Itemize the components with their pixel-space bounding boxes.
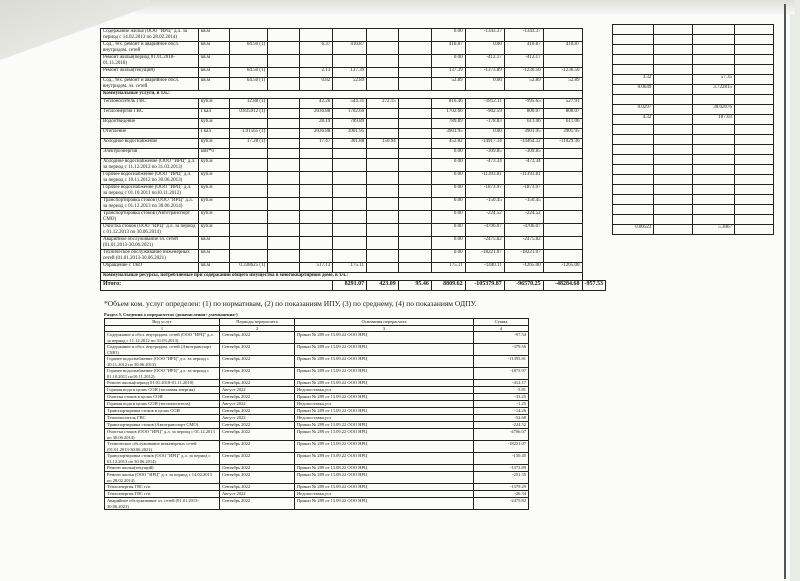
side-cell: [654, 205, 693, 215]
cell-name: Отопление: [101, 129, 199, 139]
cell-c11: -2475.82: [504, 237, 543, 250]
cell-c12: [543, 55, 582, 68]
side-cell: [654, 65, 693, 75]
table-row: Аварийное обслуживание эл. сетей (01.01.…: [101, 237, 606, 250]
cell-c4: [268, 250, 300, 263]
side-cell: [693, 25, 735, 35]
recalc-period: Сентябрь 2022: [220, 453, 295, 465]
cell-c9: 0.00: [431, 159, 465, 172]
side-cell: [613, 125, 654, 135]
total-c11: -96570.25: [504, 281, 543, 291]
cell-c8: [398, 99, 431, 109]
cell-name: Теплоэнергия ГВС: [101, 109, 199, 119]
cell-c12: 800.07: [543, 109, 582, 119]
cell-c4: [268, 159, 300, 172]
side-cell: [613, 195, 654, 205]
cell-c11: -150.45: [504, 198, 543, 211]
scanned-page: Содержание жилья (ООО "ИРЦ" д.л. за пери…: [0, 0, 790, 581]
cell-c12: -11029.36: [543, 139, 582, 149]
recalc-period: Август 2022: [220, 387, 295, 394]
side-cell: [613, 35, 654, 45]
cell-c4: [268, 29, 300, 42]
side-cell: 3.722815: [693, 85, 735, 95]
cell-c9: 0.00: [431, 172, 465, 185]
side-row: 0.06493.722815: [613, 85, 774, 95]
cell-name: Водоотведение: [101, 119, 199, 129]
cell-name: Очистка стоков (ООО "ИРЦ" д.л. за период…: [101, 224, 199, 237]
table-row: Транспортировка стоков (Автотранспорт СМ…: [101, 211, 606, 224]
table-row: Очистка стоков (ООО "ИРЦ" д.л. за период…: [101, 224, 606, 237]
cell-c6: [333, 159, 367, 172]
cell-c3: [230, 55, 268, 68]
cell-c6: [333, 55, 367, 68]
side-cell: 187.03: [693, 115, 735, 125]
recalc-sum: -412.17: [474, 380, 529, 387]
cell-c12: -1236.50: [543, 68, 582, 78]
cell-c10: -309.85: [465, 149, 504, 159]
cell-unit: куб.м: [198, 139, 229, 149]
total-c13: -957.53: [582, 281, 606, 291]
recalc-service: Горячее водоснабжение (ООО "ИРЦ" д.л. за…: [105, 356, 220, 368]
cell-c5: [299, 211, 332, 224]
cell-c5: 42.26: [299, 99, 332, 109]
cell-c6: 301.88: [333, 139, 367, 149]
recalc-period: Сентябрь 2022: [220, 429, 295, 441]
cell-c12: [543, 149, 582, 159]
section-common-row: Коммунальные ресурсы, потребляемые при с…: [101, 273, 606, 281]
side-cell: [693, 195, 735, 205]
side-row: [613, 45, 774, 55]
cell-c8: [398, 139, 431, 149]
recalc-row: Теплоэнергия ГВС п/пАвгуст 2022Недопоста…: [105, 491, 529, 498]
cell-c9: 410.87: [431, 42, 465, 55]
recalc-basis: Приказ № 289 от 13.09.22 ООО НРЦ: [295, 380, 474, 387]
side-cell: [654, 115, 693, 125]
cell-name: Сод., тех. ремонт и аварийное обсл. внут…: [101, 42, 199, 55]
table-row: Холодное водоснабжение (ООО "ИРЦ" д.л. з…: [101, 159, 606, 172]
cell-c4: [268, 139, 300, 149]
cell-c3: [230, 198, 268, 211]
cell-c3: [230, 119, 268, 129]
side-cell: [693, 55, 735, 65]
cell-c11: -11393.81: [504, 172, 543, 185]
cell-c12: [543, 250, 582, 263]
cell-c7: [367, 29, 399, 42]
table-row: ЭлектроэнергиякВт*ч0.00-309.85-309.85: [101, 149, 606, 159]
cell-c5: 0.82: [299, 78, 332, 91]
cell-c3: 12.88 (1): [230, 99, 268, 109]
side-cell: [613, 165, 654, 175]
volume-footnote: *Объем ком. услуг определен: (1) по норм…: [104, 299, 476, 308]
side-cell: [654, 175, 693, 185]
cell-c6: [333, 29, 367, 42]
recalc-row: Транспортировка стоков в целях СОИСентяб…: [105, 408, 529, 415]
recalc-period: Сентябрь 2022: [220, 380, 295, 387]
cell-c7: [367, 224, 399, 237]
recalc-basis: Недопоставка,усл: [295, 491, 474, 498]
cell-c6: 175.11: [333, 263, 367, 273]
table-row: Горячее водоснабжение (ООО "ИРЦ" д.л. за…: [101, 185, 606, 198]
recalc-period: Сентябрь 2022: [220, 408, 295, 415]
side-cell: [693, 135, 735, 145]
side-cell: [693, 45, 735, 55]
recalc-basis: Приказ № 289 от 13.09.22 ООО НРЦ: [295, 344, 474, 356]
cell-c6: 1702.66: [333, 109, 367, 119]
side-cell: [735, 145, 774, 155]
side-cell: [735, 165, 774, 175]
cell-c7: [367, 211, 399, 224]
side-cell: [613, 205, 654, 215]
side-cell: [693, 125, 735, 135]
side-cell: [693, 175, 735, 185]
recalc-period: Сентябрь 2022: [220, 472, 295, 484]
cell-name: Ремонт жилья(текущий): [101, 68, 199, 78]
cell-c5: [299, 224, 332, 237]
total-c7: 423.09: [367, 281, 399, 291]
cell-c3: [230, 29, 268, 42]
side-row: [613, 65, 774, 75]
cell-c12: 611.06: [543, 119, 582, 129]
total-c12: -48284.68: [543, 281, 582, 291]
side-cell: [654, 185, 693, 195]
cell-c7: [367, 237, 399, 250]
cell-c9: 0.00: [431, 224, 465, 237]
cell-c8: [398, 198, 431, 211]
cell-c9: 0.00: [431, 55, 465, 68]
side-cell: [735, 75, 774, 85]
cell-c5: [299, 159, 332, 172]
side-cell: [735, 135, 774, 145]
side-cell: 0.0297: [613, 105, 654, 115]
cell-unit: куб.м: [198, 211, 229, 224]
side-cell: [693, 95, 735, 105]
side-cell: [654, 85, 693, 95]
cell-unit: куб.м: [198, 224, 229, 237]
cell-c5: [299, 29, 332, 42]
cell-unit: куб.м: [198, 198, 229, 211]
side-cell: [613, 45, 654, 55]
recalc-row: Содержание и обсл. внутридом. сетей (Авт…: [105, 344, 529, 356]
cell-c11: -412.17: [504, 55, 543, 68]
cell-c12: [543, 211, 582, 224]
recalc-service: Транспортировка стоков (ООО "ИРЦ" д.л. з…: [105, 453, 220, 465]
recalc-basis: Недопоставка,усл: [295, 415, 474, 422]
cell-name: Сод., тех. ремонт и аварийное обсл. внут…: [101, 78, 199, 91]
cell-c4: [268, 119, 300, 129]
cell-c10: -1373.89: [465, 68, 504, 78]
recalc-basis: Приказ № 289 от 13.08.22 ООО НРЦ: [295, 472, 474, 484]
recalc-sum: -379.56: [474, 344, 529, 356]
cell-c8: [398, 68, 431, 78]
side-cell: [654, 215, 693, 225]
cell-c3: 64.50 (1): [230, 68, 268, 78]
side-cell: [735, 65, 774, 75]
recalc-basis: Недопоставка,усл: [295, 401, 474, 408]
cell-c8: [398, 119, 431, 129]
cell-c6: [333, 149, 367, 159]
cell-c7: [367, 78, 399, 91]
table-row: Ремонт жилья(текущий)кв.м64.50 (1)2.1313…: [101, 68, 606, 78]
side-cell: 0.0649: [613, 85, 654, 95]
cell-c6: [333, 185, 367, 198]
cell-c7: [367, 159, 399, 172]
cell-c8: [398, 42, 431, 55]
cell-c9: 1702.66: [431, 109, 465, 119]
cell-c3: 0.835912 (1): [230, 109, 268, 119]
cell-c3: 17.28 (1): [230, 139, 268, 149]
recalc-service: Ремонт жилья(период 01.01.2018-01.11.201…: [105, 380, 220, 387]
cell-c11: -4706.07: [504, 224, 543, 237]
cell-unit: куб.м: [198, 119, 229, 129]
cell-c5: [299, 198, 332, 211]
cell-name: Электроэнергия: [101, 149, 199, 159]
cell-name: Техническое обслуживание инженерных сете…: [101, 250, 199, 263]
cell-c10: -1440.11: [465, 263, 504, 273]
recalc-service: Горячая вода в целях СОИ (теплоноситель): [105, 401, 220, 408]
table-row: Холодное водоснабжениекуб.м17.28 (1)17.4…: [101, 139, 606, 149]
cell-c7: [367, 68, 399, 78]
cell-unit: куб.м: [198, 172, 229, 185]
recalc-sum: -4706.07: [474, 429, 529, 441]
recalc-service: Теплоэнергия ГВС п/п: [105, 491, 220, 498]
cell-c9: 816.46: [431, 99, 465, 109]
cell-c8: [398, 211, 431, 224]
recalc-basis: Приказ № 289 от 13.09.22 ООО НРЦ: [295, 408, 474, 415]
cell-c10: -412.17: [465, 55, 504, 68]
cell-c4: [268, 198, 300, 211]
cell-c5: 2036.88: [299, 129, 332, 139]
cell-c7: 272.15: [367, 99, 399, 109]
cell-c4: [268, 78, 300, 91]
cell-c6: [333, 250, 367, 263]
cell-c8: [398, 29, 431, 42]
cell-c7: [367, 119, 399, 129]
table-row: Ремонт жилья(период 01.01.2018-01.11.201…: [101, 55, 606, 68]
cell-c10: -902.59: [465, 109, 504, 119]
recalc-service: Очистка стоков (ООО "ИРЦ" д.л. за период…: [105, 429, 220, 441]
cell-c12: 3901.95: [543, 129, 582, 139]
cell-c7: [367, 198, 399, 211]
table-row: Водоотведениекуб.м28.19789.89789.89-178.…: [101, 119, 606, 129]
side-cell: [693, 155, 735, 165]
side-cell: [654, 95, 693, 105]
recalc-row: Теплоэнергия ГВС п/пСентябрь 2022Приказ …: [105, 484, 529, 491]
side-cell: [613, 145, 654, 155]
cell-c9: 0.00: [431, 237, 465, 250]
cell-c5: [299, 55, 332, 68]
recalc-basis: Приказ № 289 от 13.09.22 ООО НРЦ: [295, 394, 474, 401]
side-cell: [654, 155, 693, 165]
side-cell: [654, 225, 693, 235]
recalc-period: Август 2022: [220, 415, 295, 422]
cell-c12: [543, 185, 582, 198]
recalc-row: Аварийное обслуживание эл. сетей (01.01.…: [105, 498, 529, 510]
cell-c12: [543, 198, 582, 211]
cell-c4: [268, 185, 300, 198]
cell-name: Горячее водоснабжение (ООО "ИРЦ" д.л. за…: [101, 185, 199, 198]
side-row: [613, 35, 774, 45]
recalc-service: Теплоэнергия ГВС п/п: [105, 484, 220, 491]
cell-c5: 6.37: [299, 42, 332, 55]
recalc-row: Транспортировка стоков (Автотранспорт СМ…: [105, 422, 529, 429]
cell-c10: -18221.07: [465, 250, 504, 263]
recalc-sum: -1873.97: [474, 368, 529, 380]
cell-c11: -1873.97: [504, 185, 543, 198]
cell-c11: -1236.50: [504, 68, 543, 78]
recalc-service: Ремонт жилья(текущий): [105, 465, 220, 472]
side-cell: 57.35: [693, 75, 735, 85]
cell-c6: [333, 198, 367, 211]
recalc-sum: -150.45: [474, 453, 529, 465]
cell-c3: [230, 172, 268, 185]
total-c6: 8291.07: [333, 281, 367, 291]
side-cell: [735, 185, 774, 195]
cell-c12: 527.91: [543, 99, 582, 109]
cell-name: Содержание жилья (ООО "ИРЦ" д.л. за пери…: [101, 29, 199, 42]
cell-c6: [333, 172, 367, 185]
side-cell: [693, 65, 735, 75]
recalc-row: Ремонт жилья(период 01.01.2018-01.11.201…: [105, 380, 529, 387]
volumes-table: 3.3257.350.06493.7228150.029730.020764.3…: [612, 24, 774, 235]
side-cell: [613, 175, 654, 185]
cell-c3: [230, 159, 268, 172]
recalc-row: Ремонт жилья (ООО "ИРЦ" д.л. за период с…: [105, 472, 529, 484]
cell-c6: [333, 224, 367, 237]
side-cell: [654, 75, 693, 85]
cell-c5: 17.47: [299, 139, 332, 149]
side-cell: [735, 225, 774, 235]
side-cell: [735, 45, 774, 55]
recalc-sum: -1379.29: [474, 484, 529, 491]
cell-c3: [230, 250, 268, 263]
side-row: [613, 125, 774, 135]
cell-unit: кв.м: [198, 29, 229, 42]
cell-c4: [268, 42, 300, 55]
side-cell: [735, 115, 774, 125]
cell-c3: [230, 224, 268, 237]
side-cell: [693, 35, 735, 45]
cell-c4: [268, 68, 300, 78]
recalc-period: Сентябрь 2022: [220, 368, 295, 380]
cell-c4: [268, 129, 300, 139]
recalc-row: Горячее водоснабжение (ООО "ИРЦ" д.л. за…: [105, 356, 529, 368]
recalc-period: Сентябрь 2022: [220, 332, 295, 344]
recalc-basis: Приказ № 289 от 13.09.22 ООО НРЦ: [295, 332, 474, 344]
side-cell: [693, 145, 735, 155]
side-row: [613, 135, 774, 145]
cell-c8: [398, 109, 431, 119]
cell-c3: 64.50 (1): [230, 42, 268, 55]
cell-c7: [367, 109, 399, 119]
table-row: Сод., тех. ремонт и аварийное обсл. внут…: [101, 78, 606, 91]
recalc-period: Сентябрь 2022: [220, 394, 295, 401]
cell-c10: -4706.07: [465, 224, 504, 237]
recalc-row: Очистка стоков в целях СОИСентябрь 2022П…: [105, 394, 529, 401]
recalc-row: Горячая вода в целях СОИ (теплоноситель)…: [105, 401, 529, 408]
cell-c11: 52.89: [504, 78, 543, 91]
recalc-period: Август 2022: [220, 491, 295, 498]
side-row: [613, 25, 774, 35]
cell-name: Обращение с ТКО: [101, 263, 199, 273]
cell-c10: 0.00: [465, 78, 504, 91]
table-row: Содержание жилья (ООО "ИРЦ" д.л. за пери…: [101, 29, 606, 42]
cell-c12: [543, 159, 582, 172]
side-cell: [735, 105, 774, 115]
side-row: [613, 155, 774, 165]
cell-c7: [367, 55, 399, 68]
side-row: [613, 185, 774, 195]
recalc-basis: Приказ № 289 от 13.09.22 ООО НРЦ: [295, 453, 474, 465]
cell-c11: -14464.32: [504, 139, 543, 149]
cell-c4: [268, 211, 300, 224]
cell-unit: Гкал: [198, 109, 229, 119]
cell-c11: 3901.95: [504, 129, 543, 139]
cell-c3: 1.91565 (1): [230, 129, 268, 139]
side-cell: [654, 125, 693, 135]
cell-c9: 0.00: [431, 250, 465, 263]
cell-c4: [268, 55, 300, 68]
recalc-service: Транспортировка стоков в целях СОИ: [105, 408, 220, 415]
total-c10: -105379.87: [465, 281, 504, 291]
cell-c9: 452.82: [431, 139, 465, 149]
recalc-basis: Приказ № 289 от 13.09.22 ООО НРЦ: [295, 429, 474, 441]
cell-c12: [543, 237, 582, 250]
cell-unit: кВт*ч: [198, 149, 229, 159]
cell-c10: -150.45: [465, 198, 504, 211]
side-cell: [735, 35, 774, 45]
cell-c9: 175.11: [431, 263, 465, 273]
cell-c8: [398, 185, 431, 198]
cell-c5: 517.13: [299, 263, 332, 273]
total-c8: 95.46: [398, 281, 431, 291]
cell-c8: [398, 55, 431, 68]
cell-c7: [367, 250, 399, 263]
cell-c5: [299, 237, 332, 250]
cell-name: Транспортировка стоков (ООО "ИРЦ" д.л. з…: [101, 198, 199, 211]
side-row: [613, 205, 774, 215]
recalc-sum: -97.54: [474, 332, 529, 344]
cell-unit: кв.м: [198, 237, 229, 250]
recalc-service: Горячая вода в целях СОИ (тепловая энерг…: [105, 387, 220, 394]
recalc-sum: -1.25: [474, 401, 529, 408]
side-cell: 30.02076: [693, 105, 735, 115]
side-cell: [735, 85, 774, 95]
cell-c11: -995.65: [504, 99, 543, 109]
side-cell: [613, 65, 654, 75]
side-cell: [613, 25, 654, 35]
recalc-service: Очистка стоков в целях СОИ: [105, 394, 220, 401]
recalc-sum: -14.26: [474, 408, 529, 415]
side-row: [613, 215, 774, 225]
cell-c3: [230, 185, 268, 198]
cell-c10: 0.00: [465, 42, 504, 55]
recalc-row: Теплоноситель ГВСАвгуст 2022Недопоставка…: [105, 415, 529, 422]
cell-c10: -11393.81: [465, 172, 504, 185]
cell-c12: [543, 172, 582, 185]
recalc-period: Сентябрь 2022: [220, 441, 295, 453]
recalc-basis: Приказ № 289 от 13.09.22 ООО НРЦ: [295, 422, 474, 429]
cell-c10: -1343.37: [465, 29, 504, 42]
section-heading: Коммунальные услуги, в т.ч.:: [101, 91, 583, 99]
recalc-service: Теплоноситель ГВС: [105, 415, 220, 422]
recalc-period: Сентябрь 2022: [220, 484, 295, 491]
side-cell: [693, 215, 735, 225]
cell-c6: [333, 211, 367, 224]
recalc-basis: Приказ № 289 от 13.09.22 ООО НРЦ: [295, 441, 474, 453]
table-row: Теплоэнергия ГВСГкал0.835912 (1)2036.881…: [101, 109, 606, 119]
recalc-period: Сентябрь 2022: [220, 498, 295, 510]
recalc-sum: -1373.89: [474, 465, 529, 472]
